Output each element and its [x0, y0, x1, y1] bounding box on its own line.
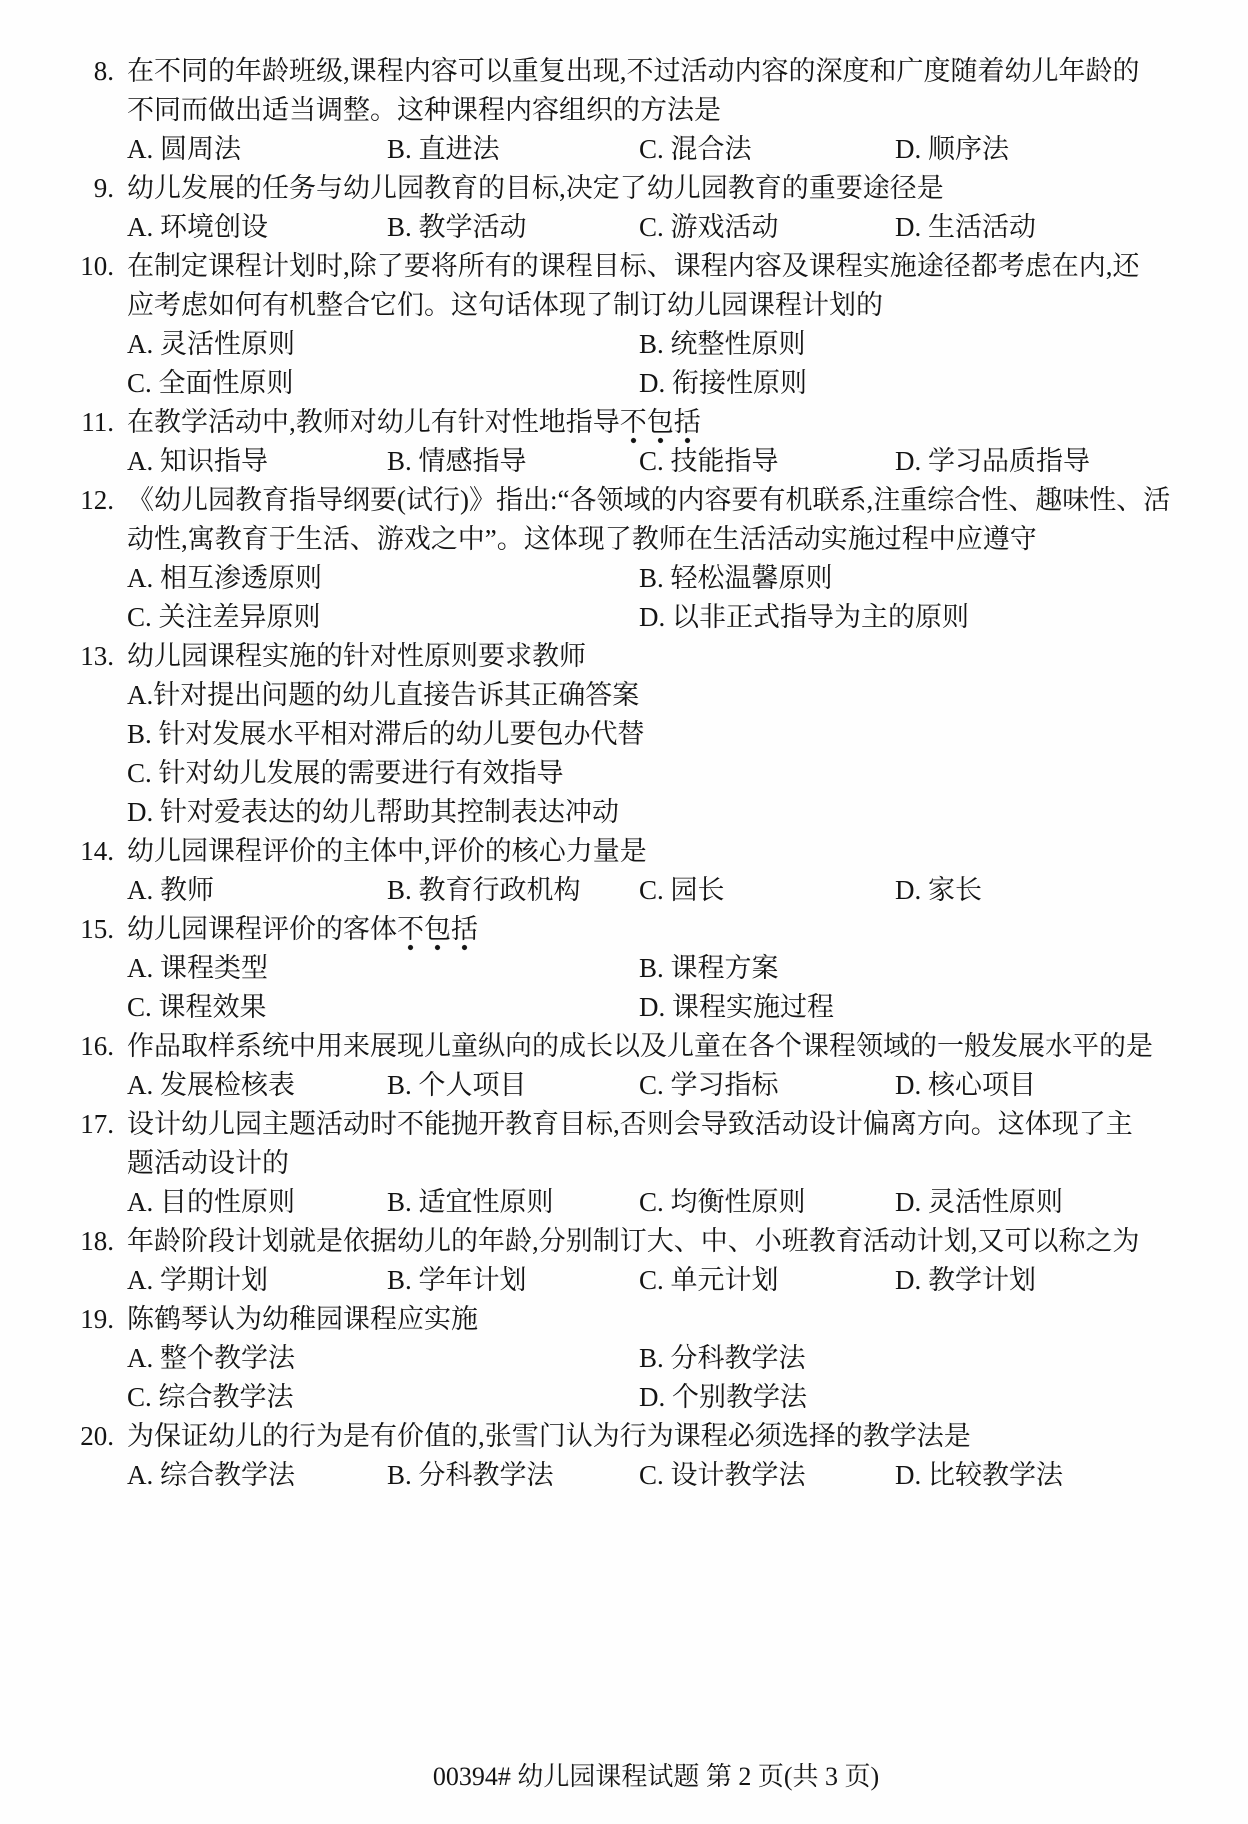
- options-row: A. 知识指导B. 情感指导C. 技能指导D. 学习品质指导: [127, 442, 1224, 481]
- question-14-option-c: C. 园长: [639, 871, 725, 910]
- question-9-option-a: A. 环境创设: [127, 208, 268, 247]
- question-20-option-d: D. 比较教学法: [895, 1456, 1063, 1495]
- question-18-option-a: A. 学期计划: [127, 1261, 268, 1300]
- question-text-continuation: 不同而做出适当调整。这种课程内容组织的方法是: [127, 91, 1224, 130]
- question-number: 12.: [64, 481, 127, 520]
- question-11-option-b: B. 情感指导: [387, 442, 527, 481]
- question-8: 8.在不同的年龄班级,课程内容可以重复出现,不过活动内容的深度和广度随着幼儿年龄…: [64, 52, 1224, 169]
- question-15-option-a: A. 课程类型: [127, 949, 268, 988]
- options-row: A. 目的性原则B. 适宜性原则C. 均衡性原则D. 灵活性原则: [127, 1183, 1224, 1222]
- question-19-option-b: B. 分科教学法: [639, 1339, 806, 1378]
- options-row: A. 课程类型B. 课程方案: [127, 949, 1224, 988]
- options-row: C. 综合教学法D. 个别教学法: [127, 1378, 1224, 1417]
- question-number: 14.: [64, 832, 127, 871]
- question-text-line: 幼儿园课程评价的主体中,评价的核心力量是: [127, 832, 1224, 871]
- question-17-option-a: A. 目的性原则: [127, 1183, 295, 1222]
- emphasized-text: 不包括: [620, 407, 701, 444]
- question-10-option-d: D. 衔接性原则: [639, 364, 807, 403]
- question-12-option-d: D. 以非正式指导为主的原则: [639, 598, 969, 637]
- question-number: 16.: [64, 1027, 127, 1066]
- question-14: 14.幼儿园课程评价的主体中,评价的核心力量是A. 教师B. 教育行政机构C. …: [64, 832, 1224, 910]
- question-16-option-b: B. 个人项目: [387, 1066, 527, 1105]
- question-number: 20.: [64, 1417, 127, 1456]
- question-8-option-d: D. 顺序法: [895, 130, 1009, 169]
- question-text-line: 作品取样系统中用来展现儿童纵向的成长以及儿童在各个课程领域的一般发展水平的是: [127, 1027, 1224, 1066]
- question-19-option-a: A. 整个教学法: [127, 1339, 295, 1378]
- text-segment: 题活动设计的: [127, 1148, 289, 1178]
- text-segment: 陈鹤琴认为幼稚园课程应实施: [127, 1304, 478, 1334]
- question-9-option-d: D. 生活活动: [895, 208, 1036, 247]
- question-18: 18.年龄阶段计划就是依据幼儿的年龄,分别制订大、中、小班教育活动计划,又可以称…: [64, 1222, 1224, 1300]
- question-number: 10.: [64, 247, 127, 286]
- question-18-option-b: B. 学年计划: [387, 1261, 527, 1300]
- question-text-line: 设计幼儿园主题活动时不能抛开教育目标,否则会导致活动设计偏离方向。这体现了主: [127, 1105, 1224, 1144]
- text-segment: 在不同的年龄班级,课程内容可以重复出现,不过活动内容的深度和广度随着幼儿年龄的: [127, 56, 1140, 86]
- question-19: 19.陈鹤琴认为幼稚园课程应实施A. 整个教学法B. 分科教学法C. 综合教学法…: [64, 1300, 1224, 1417]
- question-19-option-d: D. 个别教学法: [639, 1378, 807, 1417]
- question-13-option-b: B. 针对发展水平相对滞后的幼儿要包办代替: [127, 715, 1224, 754]
- question-11-option-c: C. 技能指导: [639, 442, 779, 481]
- question-text-line: 在制定课程计划时,除了要将所有的课程目标、课程内容及课程实施途径都考虑在内,还: [127, 247, 1224, 286]
- question-12-option-c: C. 关注差异原则: [127, 598, 321, 637]
- question-9-option-b: B. 教学活动: [387, 208, 527, 247]
- question-number: 13.: [64, 637, 127, 676]
- options-row: A. 相互渗透原则B. 轻松温馨原则: [127, 559, 1224, 598]
- question-9: 9.幼儿发展的任务与幼儿园教育的目标,决定了幼儿园教育的重要途径是A. 环境创设…: [64, 169, 1224, 247]
- question-16-option-d: D. 核心项目: [895, 1066, 1036, 1105]
- question-text-line: 幼儿园课程实施的针对性原则要求教师: [127, 637, 1224, 676]
- question-11-option-a: A. 知识指导: [127, 442, 268, 481]
- options-row: A. 综合教学法B. 分科教学法C. 设计教学法D. 比较教学法: [127, 1456, 1224, 1495]
- page-footer: 00394# 幼儿园课程试题 第 2 页(共 3 页): [64, 1757, 1248, 1796]
- question-text-line: 《幼儿园教育指导纲要(试行)》指出:“各领域的内容要有机联系,注重综合性、趣味性…: [127, 481, 1224, 520]
- options-row: A. 学期计划B. 学年计划C. 单元计划D. 教学计划: [127, 1261, 1224, 1300]
- question-text-continuation: 动性,寓教育于生活、游戏之中”。这体现了教师在生活活动实施过程中应遵守: [127, 520, 1224, 559]
- question-20-option-b: B. 分科教学法: [387, 1456, 554, 1495]
- question-17-option-d: D. 灵活性原则: [895, 1183, 1063, 1222]
- question-stem: 9.幼儿发展的任务与幼儿园教育的目标,决定了幼儿园教育的重要途径是: [64, 169, 1224, 208]
- question-8-option-c: C. 混合法: [639, 130, 752, 169]
- options-row: A. 发展检核表B. 个人项目C. 学习指标D. 核心项目: [127, 1066, 1224, 1105]
- options-row: C. 关注差异原则D. 以非正式指导为主的原则: [127, 598, 1224, 637]
- question-stem: 20.为保证幼儿的行为是有价值的,张雪门认为行为课程必须选择的教学法是: [64, 1417, 1224, 1456]
- question-text-continuation: 题活动设计的: [127, 1144, 1224, 1183]
- question-text-line: 幼儿园课程评价的客体不包括: [127, 910, 1224, 949]
- question-number: 8.: [64, 52, 127, 91]
- options-row: A. 整个教学法B. 分科教学法: [127, 1339, 1224, 1378]
- question-19-option-c: C. 综合教学法: [127, 1378, 294, 1417]
- question-9-option-c: C. 游戏活动: [639, 208, 779, 247]
- question-15: 15.幼儿园课程评价的客体不包括A. 课程类型B. 课程方案C. 课程效果D. …: [64, 910, 1224, 1027]
- question-8-option-a: A. 圆周法: [127, 130, 241, 169]
- question-10-option-c: C. 全面性原则: [127, 364, 294, 403]
- question-14-option-a: A. 教师: [127, 871, 214, 910]
- question-15-option-d: D. 课程实施过程: [639, 988, 834, 1027]
- question-text-line: 幼儿发展的任务与幼儿园教育的目标,决定了幼儿园教育的重要途径是: [127, 169, 1224, 208]
- text-segment: 设计幼儿园主题活动时不能抛开教育目标,否则会导致活动设计偏离方向。这体现了主: [127, 1109, 1133, 1139]
- question-text-line: 为保证幼儿的行为是有价值的,张雪门认为行为课程必须选择的教学法是: [127, 1417, 1224, 1456]
- question-13-option-a: A.针对提出问题的幼儿直接告诉其正确答案: [127, 676, 1224, 715]
- options-row: A. 灵活性原则B. 统整性原则: [127, 325, 1224, 364]
- question-stem: 13.幼儿园课程实施的针对性原则要求教师: [64, 637, 1224, 676]
- options-row: A. 环境创设B. 教学活动C. 游戏活动D. 生活活动: [127, 208, 1224, 247]
- question-20: 20.为保证幼儿的行为是有价值的,张雪门认为行为课程必须选择的教学法是A. 综合…: [64, 1417, 1224, 1495]
- text-segment: 在教学活动中,教师对幼儿有针对性地指导: [127, 407, 620, 437]
- question-number: 19.: [64, 1300, 127, 1339]
- options-row: C. 全面性原则D. 衔接性原则: [127, 364, 1224, 403]
- question-13: 13.幼儿园课程实施的针对性原则要求教师A.针对提出问题的幼儿直接告诉其正确答案…: [64, 637, 1224, 832]
- text-segment: 幼儿园课程实施的针对性原则要求教师: [127, 641, 586, 671]
- question-number: 9.: [64, 169, 127, 208]
- question-16-option-c: C. 学习指标: [639, 1066, 779, 1105]
- options-row: A. 教师B. 教育行政机构C. 园长D. 家长: [127, 871, 1224, 910]
- question-number: 17.: [64, 1105, 127, 1144]
- text-segment: 年龄阶段计划就是依据幼儿的年龄,分别制订大、中、小班教育活动计划,又可以称之为: [127, 1226, 1140, 1256]
- text-segment: 动性,寓教育于生活、游戏之中”。这体现了教师在生活活动实施过程中应遵守: [127, 524, 1037, 554]
- question-text-line: 年龄阶段计划就是依据幼儿的年龄,分别制订大、中、小班教育活动计划,又可以称之为: [127, 1222, 1224, 1261]
- question-8-option-b: B. 直进法: [387, 130, 500, 169]
- text-segment: 幼儿园课程评价的主体中,评价的核心力量是: [127, 836, 647, 866]
- question-13-option-d: D. 针对爱表达的幼儿帮助其控制表达冲动: [127, 793, 1224, 832]
- question-stem: 10.在制定课程计划时,除了要将所有的课程目标、课程内容及课程实施途径都考虑在内…: [64, 247, 1224, 286]
- question-stem: 16.作品取样系统中用来展现儿童纵向的成长以及儿童在各个课程领域的一般发展水平的…: [64, 1027, 1224, 1066]
- question-text-continuation: 应考虑如何有机整合它们。这句话体现了制订幼儿园课程计划的: [127, 286, 1224, 325]
- question-15-option-b: B. 课程方案: [639, 949, 779, 988]
- question-10: 10.在制定课程计划时,除了要将所有的课程目标、课程内容及课程实施途径都考虑在内…: [64, 247, 1224, 403]
- question-text-line: 陈鹤琴认为幼稚园课程应实施: [127, 1300, 1224, 1339]
- exam-page: 8.在不同的年龄班级,课程内容可以重复出现,不过活动内容的深度和广度随着幼儿年龄…: [0, 0, 1248, 1824]
- question-number: 15.: [64, 910, 127, 949]
- question-17: 17.设计幼儿园主题活动时不能抛开教育目标,否则会导致活动设计偏离方向。这体现了…: [64, 1105, 1224, 1222]
- text-segment: 幼儿园课程评价的客体: [127, 914, 397, 944]
- text-segment: 作品取样系统中用来展现儿童纵向的成长以及儿童在各个课程领域的一般发展水平的是: [127, 1031, 1153, 1061]
- question-12-option-a: A. 相互渗透原则: [127, 559, 322, 598]
- question-16-option-a: A. 发展检核表: [127, 1066, 295, 1105]
- question-stem: 19.陈鹤琴认为幼稚园课程应实施: [64, 1300, 1224, 1339]
- questions: 8.在不同的年龄班级,课程内容可以重复出现,不过活动内容的深度和广度随着幼儿年龄…: [64, 52, 1224, 1495]
- question-number: 11.: [64, 403, 127, 442]
- question-14-option-d: D. 家长: [895, 871, 982, 910]
- question-15-option-c: C. 课程效果: [127, 988, 267, 1027]
- text-segment: 为保证幼儿的行为是有价值的,张雪门认为行为课程必须选择的教学法是: [127, 1421, 971, 1451]
- text-segment: 《幼儿园教育指导纲要(试行)》指出:“各领域的内容要有机联系,注重综合性、趣味性…: [127, 485, 1170, 515]
- question-10-option-a: A. 灵活性原则: [127, 325, 295, 364]
- question-17-option-c: C. 均衡性原则: [639, 1183, 806, 1222]
- question-11-option-d: D. 学习品质指导: [895, 442, 1090, 481]
- emphasized-text: 不包括: [397, 914, 478, 951]
- question-text-line: 在教学活动中,教师对幼儿有针对性地指导不包括: [127, 403, 1224, 442]
- question-stem: 15.幼儿园课程评价的客体不包括: [64, 910, 1224, 949]
- question-text-line: 在不同的年龄班级,课程内容可以重复出现,不过活动内容的深度和广度随着幼儿年龄的: [127, 52, 1224, 91]
- question-18-option-c: C. 单元计划: [639, 1261, 779, 1300]
- question-10-option-b: B. 统整性原则: [639, 325, 806, 364]
- question-stem: 18.年龄阶段计划就是依据幼儿的年龄,分别制订大、中、小班教育活动计划,又可以称…: [64, 1222, 1224, 1261]
- question-stem: 11.在教学活动中,教师对幼儿有针对性地指导不包括: [64, 403, 1224, 442]
- text-segment: 不同而做出适当调整。这种课程内容组织的方法是: [127, 95, 721, 125]
- question-14-option-b: B. 教育行政机构: [387, 871, 581, 910]
- question-stem: 17.设计幼儿园主题活动时不能抛开教育目标,否则会导致活动设计偏离方向。这体现了…: [64, 1105, 1224, 1144]
- question-12-option-b: B. 轻松温馨原则: [639, 559, 833, 598]
- question-18-option-d: D. 教学计划: [895, 1261, 1036, 1300]
- question-stem: 8.在不同的年龄班级,课程内容可以重复出现,不过活动内容的深度和广度随着幼儿年龄…: [64, 52, 1224, 91]
- options-row: A. 圆周法B. 直进法C. 混合法D. 顺序法: [127, 130, 1224, 169]
- question-12: 12.《幼儿园教育指导纲要(试行)》指出:“各领域的内容要有机联系,注重综合性、…: [64, 481, 1224, 637]
- question-stem: 14.幼儿园课程评价的主体中,评价的核心力量是: [64, 832, 1224, 871]
- question-20-option-a: A. 综合教学法: [127, 1456, 295, 1495]
- question-20-option-c: C. 设计教学法: [639, 1456, 806, 1495]
- options-row: C. 课程效果D. 课程实施过程: [127, 988, 1224, 1027]
- question-16: 16.作品取样系统中用来展现儿童纵向的成长以及儿童在各个课程领域的一般发展水平的…: [64, 1027, 1224, 1105]
- question-17-option-b: B. 适宜性原则: [387, 1183, 554, 1222]
- text-segment: 在制定课程计划时,除了要将所有的课程目标、课程内容及课程实施途径都考虑在内,还: [127, 251, 1140, 281]
- question-13-option-c: C. 针对幼儿发展的需要进行有效指导: [127, 754, 1224, 793]
- text-segment: 幼儿发展的任务与幼儿园教育的目标,决定了幼儿园教育的重要途径是: [127, 173, 944, 203]
- text-segment: 应考虑如何有机整合它们。这句话体现了制订幼儿园课程计划的: [127, 290, 883, 320]
- question-11: 11.在教学活动中,教师对幼儿有针对性地指导不包括A. 知识指导B. 情感指导C…: [64, 403, 1224, 481]
- question-stem: 12.《幼儿园教育指导纲要(试行)》指出:“各领域的内容要有机联系,注重综合性、…: [64, 481, 1224, 520]
- question-number: 18.: [64, 1222, 127, 1261]
